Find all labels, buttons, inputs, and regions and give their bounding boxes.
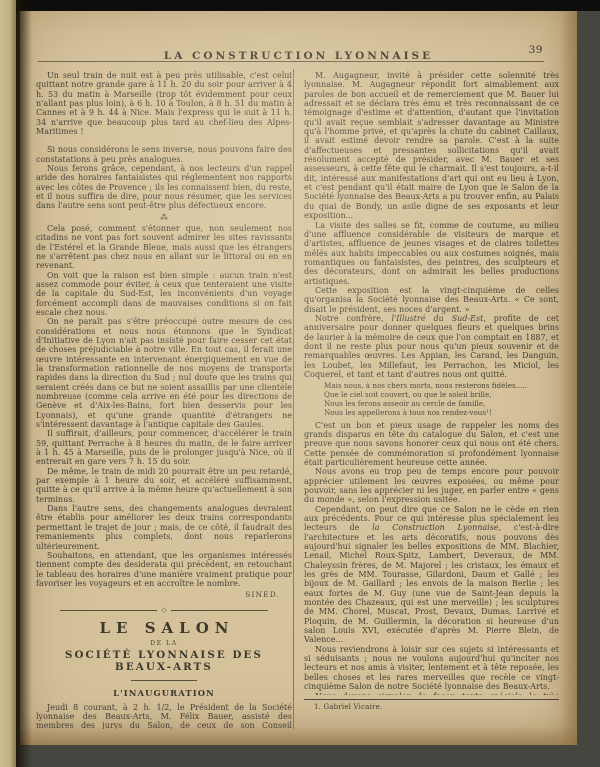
right-column: M. Augagneur, invité à présider cette so… [304,71,559,695]
page-number: 39 [529,44,543,56]
footnote-rule [304,699,559,700]
asterism-ornament: ⁂ [36,212,292,223]
paragraph-text: , c'est-à-dire l'architecture et les art… [304,523,559,644]
paragraph-inauguration: Jeudi 8 courant, à 2 h. 1/2, le Présiden… [36,703,292,729]
paragraph-expositions: Cependant, on peut dire que ce Salon ne … [304,505,559,645]
paragraph-trains-9: Dans l'autre sens, des changements analo… [36,504,292,551]
book-page-edge [0,0,16,767]
section-heading-inauguration: L'INAUGURATION [36,688,292,698]
journal-page: LA CONSTRUCTION LYONNAISE 39 Un seul tra… [20,11,577,745]
column-divider-rule [293,69,294,729]
paragraph-pieux-usage: C'est un bon et pieux usage de rappeler … [304,421,559,468]
article-signature: SINED. [36,590,292,599]
paragraph-trains-1: Un seul train de nuit est à peu près uti… [36,71,292,136]
paragraph-trains-10: Souhaitons, en attendant, que les organi… [36,551,292,588]
paragraph-trains-3: Nous ferons grâce, cependant, à nos lect… [36,164,292,211]
verse-quote: Mais nous, à nos chers morts, nous reste… [324,382,559,417]
paragraph-trains-7: Il suffirait, d'ailleurs, pour commencer… [36,429,292,466]
verse-line: Nous les appellerons à tous nos rendez-v… [324,409,559,418]
article-subtitle-de-la: DE LA [36,640,292,647]
italic-journal-name: l'Illustré du Sud-Est [392,314,484,323]
paragraph-trains-8: De même, le train de midi 20 pourrait êt… [36,467,292,504]
paragraph-trains-6: On ne paraît pas s'être préoccupé outre … [36,317,292,429]
article-divider: ◇ [60,607,268,614]
divider-line-right [171,610,268,611]
paragraph-text: Notre confrère, [315,314,392,323]
paragraph-illustre-sud-est: Notre confrère, l'Illustré du Sud-Est, p… [304,314,559,379]
left-column: Un seul train de nuit est à peu près uti… [36,71,292,729]
subtitle-rule [131,680,197,681]
paragraph-trains-5: On voit que la raison est bien simple : … [36,271,292,318]
paragraph-comite: Nous devons signaler de façon toute spéc… [304,692,559,696]
footnote-text: 1. Gabriel Vicaire. [304,703,559,711]
paragraph-trains-2: Si nous considérons le sens inverse, nou… [36,145,292,164]
paragraph-vingt-cinquieme: Cette exposition est la vingt-cinquième … [304,286,559,314]
paragraph-trop-peu-de-temps: Nous avons eu trop peu de temps encore p… [304,467,559,504]
diamond-ornament: ◇ [157,607,170,614]
paragraph-nous-reviendrons: Nous reviendrons à loisir sur ces sujets… [304,645,559,692]
footnote: 1. Gabriel Vicaire. [304,699,559,711]
paragraph-augagneur: M. Augagneur, invité à présider cette so… [304,71,559,221]
paragraph-visite-salles: La visite des salles se fit, comme de co… [304,221,559,286]
divider-line-left [60,610,157,611]
paragraph-trains-4: Cela posé, comment s'étonner que, non se… [36,224,292,271]
article-title-le-salon: LE SALON [36,619,292,637]
italic-journal-name: la Construction Lyonnaise [372,523,498,532]
book-gutter-shadow [16,0,32,767]
paragraph-text: , profite de cet anniversaire pour donne… [304,314,559,379]
article-subtitle-society: SOCIÉTÉ LYONNAISE DES BEAUX-ARTS [36,649,292,673]
scan-dark-edge-top [16,0,600,11]
header-rule [38,61,544,62]
